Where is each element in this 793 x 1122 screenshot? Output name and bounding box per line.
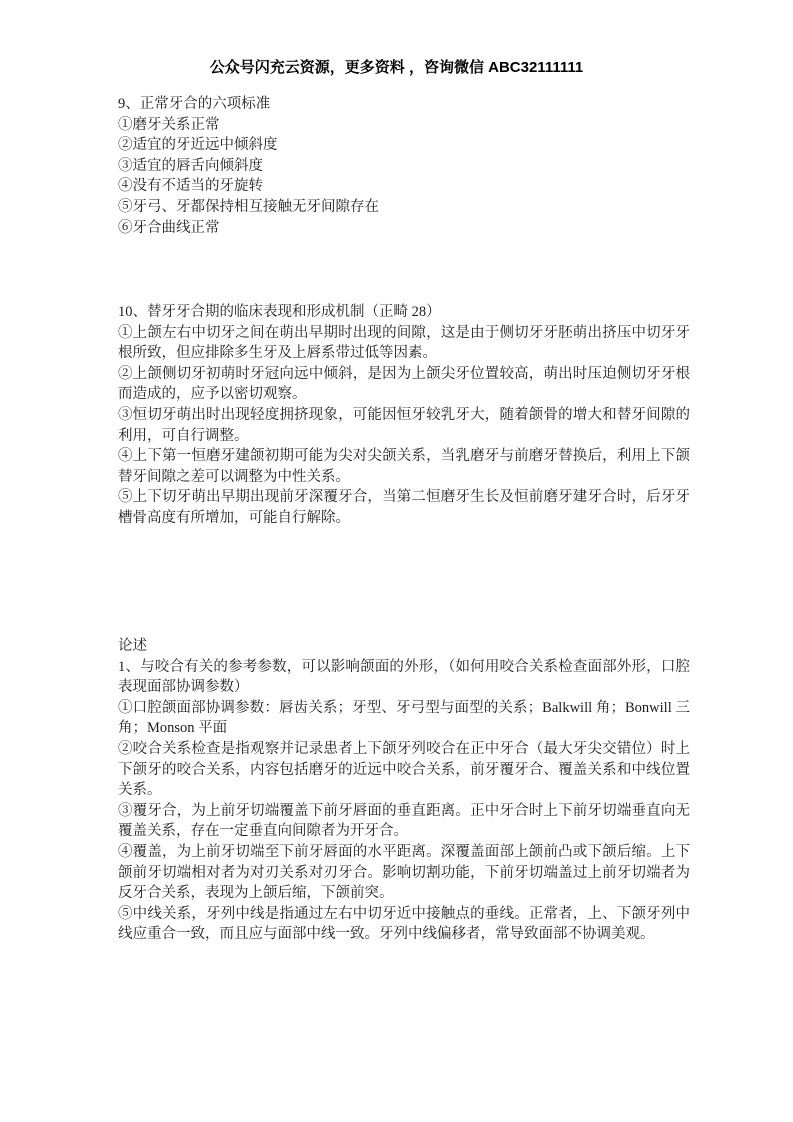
paragraph: ③恒切牙萌出时出现轻度拥挤现象，可能因恒牙较乳牙大，随着颌骨的增大和替牙间隙的利… <box>118 405 690 446</box>
paragraph: ②咬合关系检查是指观察并记录患者上下颌牙列咬合在正中牙合（最大牙尖交错位）时上下… <box>118 739 690 801</box>
section-essay: 论述 1、与咬合有关的参考参数，可以影响颌面的外形，（如何用咬合关系检查面部外形… <box>118 636 690 945</box>
paragraph: ④上下第一恒磨牙建颌初期可能为尖对尖颌关系，当乳磨牙与前磨牙替换后，利用上下颌替… <box>118 446 690 487</box>
section-heading: 论述 <box>118 636 690 657</box>
section-title: 9、正常牙合的六项标准 <box>118 94 690 115</box>
list-item: ⑤牙弓、牙都保持相互接触无牙间隙存在 <box>118 197 690 218</box>
list-item: ⑥牙合曲线正常 <box>118 218 690 239</box>
paragraph: ②上颌侧切牙初萌时牙冠向远中倾斜，是因为上颌尖牙位置较高，萌出时压迫侧切牙牙根而… <box>118 364 690 405</box>
paragraph: ①上颌左右中切牙之间在萌出早期时出现的间隙，这是由于侧切牙牙胚萌出挤压中切牙牙根… <box>118 323 690 364</box>
section-9: 9、正常牙合的六项标准 ①磨牙关系正常 ②适宜的牙近远中倾斜度 ③适宜的唇舌向倾… <box>118 94 690 238</box>
paragraph: ⑤上下切牙萌出早期出现前牙深覆牙合，当第二恒磨牙生长及恒前磨牙建牙合时，后牙牙槽… <box>118 487 690 528</box>
paragraph: ⑤中线关系，牙列中线是指通过左右中切牙近中接触点的垂线。正常者，上、下颌牙列中线… <box>118 904 690 945</box>
list-item: ①磨牙关系正常 <box>118 115 690 136</box>
paragraph: ④覆盖，为上前牙切端至下前牙唇面的水平距离。深覆盖面部上颌前凸或下颌后缩。上下颌… <box>118 842 690 904</box>
list-item: ③适宜的唇舌向倾斜度 <box>118 156 690 177</box>
list-item: ②适宜的牙近远中倾斜度 <box>118 135 690 156</box>
paragraph: ①口腔颌面部协调参数：唇齿关系；牙型、牙弓型与面型的关系；Balkwill 角；… <box>118 698 690 739</box>
section-title: 1、与咬合有关的参考参数，可以影响颌面的外形，（如何用咬合关系检查面部外形，口腔… <box>118 657 690 698</box>
document-page: 公众号闪充云资源，更多资料 ，咨询微信 ABC32111111 9、正常牙合的六… <box>0 0 793 1122</box>
promo-header-text: 公众号闪充云资源，更多资料 ，咨询微信 ABC32111111 <box>0 56 793 77</box>
paragraph: ③覆牙合，为上前牙切端覆盖下前牙唇面的垂直距离。正中牙合时上下前牙切端垂直向无覆… <box>118 801 690 842</box>
section-title: 10、替牙牙合期的临床表现和形成机制（正畸 28） <box>118 302 690 323</box>
list-item: ④没有不适当的牙旋转 <box>118 176 690 197</box>
section-10: 10、替牙牙合期的临床表现和形成机制（正畸 28） ①上颌左右中切牙之间在萌出早… <box>118 302 690 529</box>
